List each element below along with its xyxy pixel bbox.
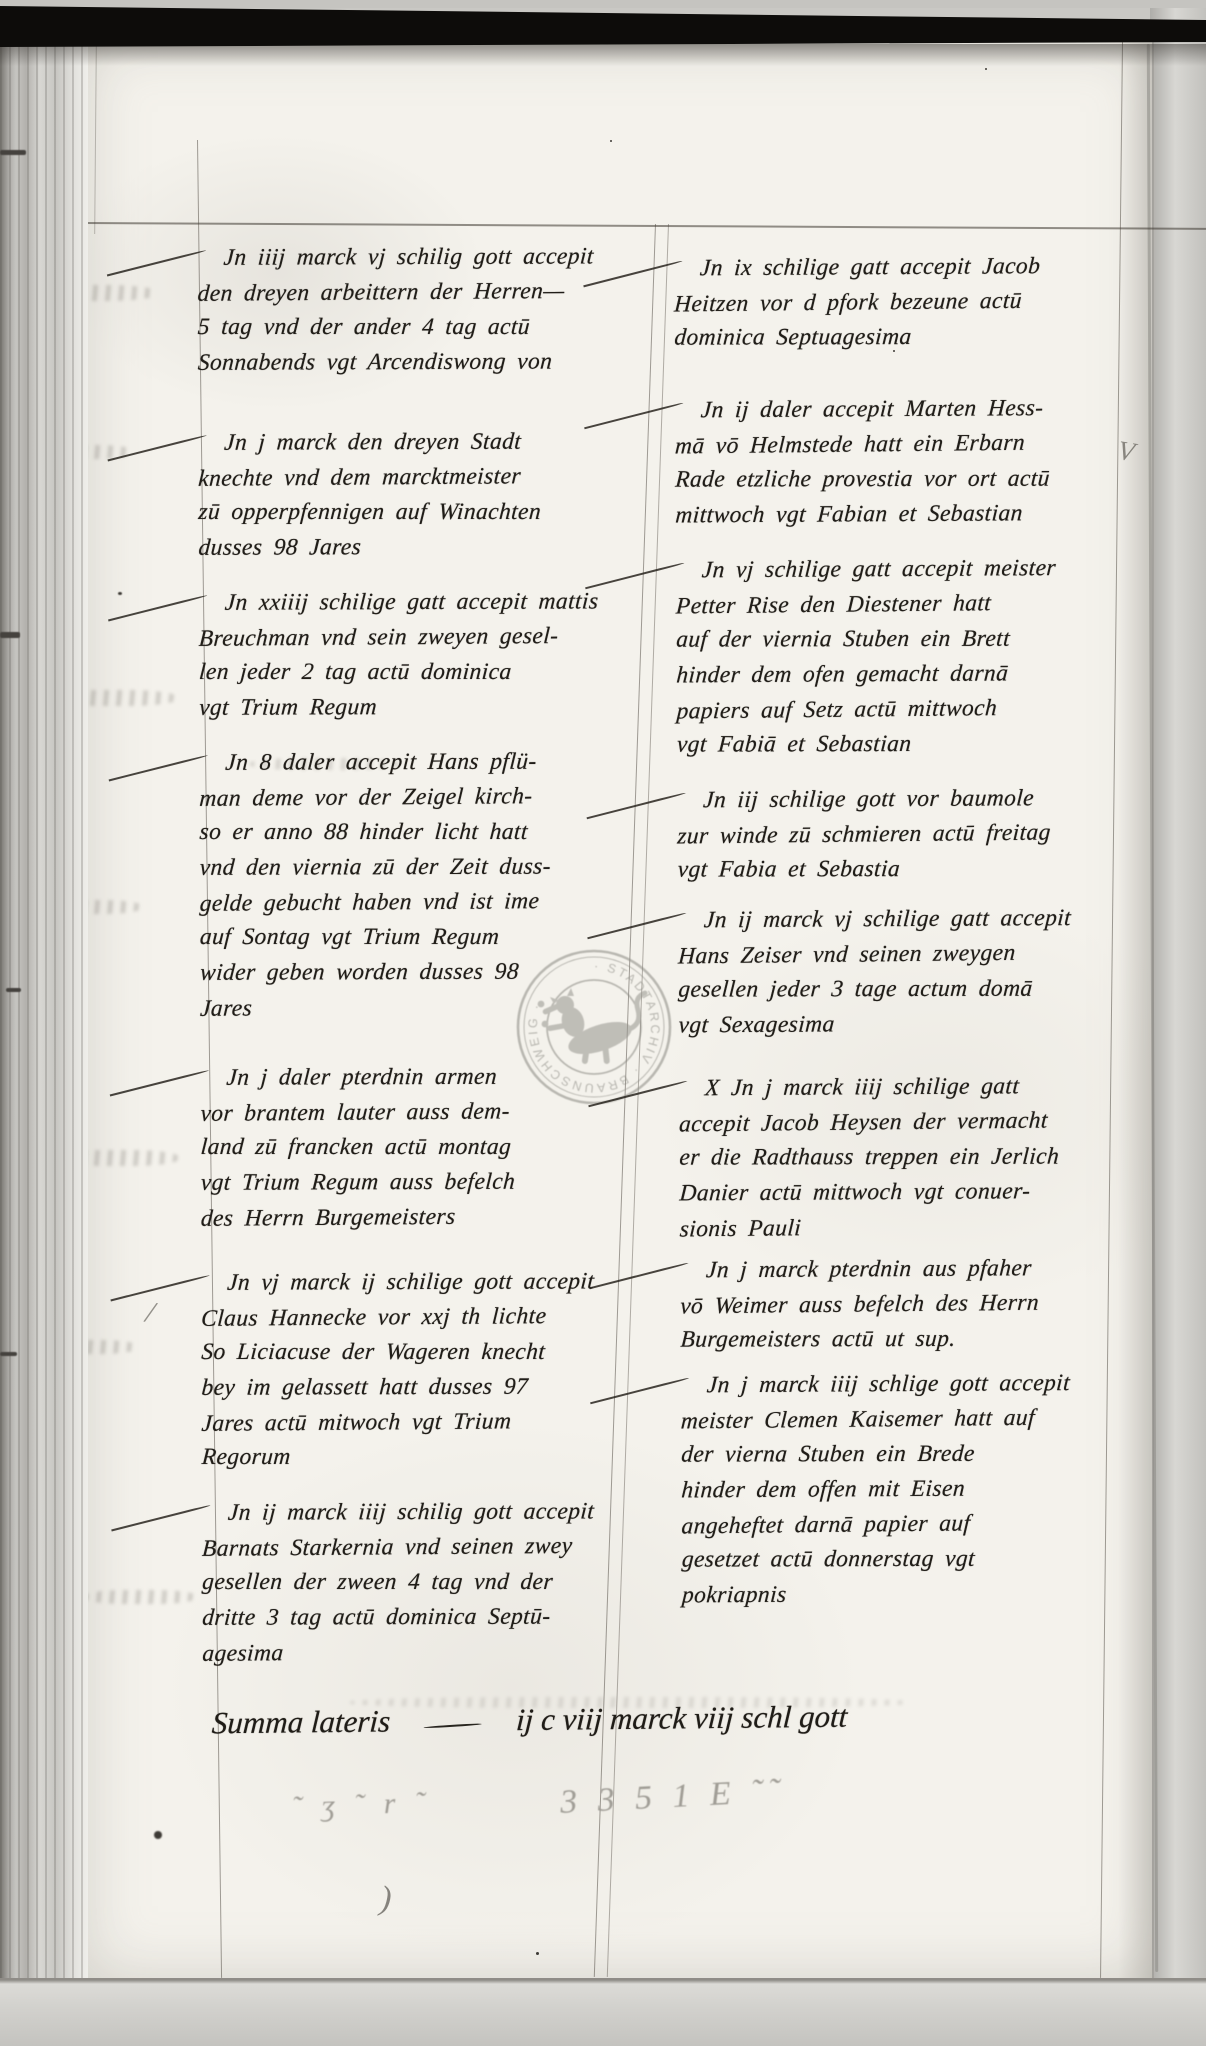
manuscript-line: Breuchman vnd sein zweyen gesel- <box>198 618 670 657</box>
summary-line: Summa lateris ij c viij marck viij schl … <box>211 1699 849 1742</box>
manuscript-line: agesima <box>201 1633 673 1672</box>
ink-speck <box>610 140 612 142</box>
manuscript-line: Jn xxiiij schilige gatt accepit mattis <box>198 584 670 621</box>
ledger-entry: Jn ix schilige gatt accepit JacobHeitzen… <box>674 249 1145 357</box>
manuscript-line: Jn ij marck vj schilige gatt accepit <box>677 901 1149 939</box>
manuscript-line: Jn j daler pterdnin armen <box>199 1059 671 1096</box>
manuscript-line: meister Clemen Kaisemer hatt auf <box>680 1400 1152 1440</box>
column-right: Jn ix schilige gatt accepit JacobHeitzen… <box>674 249 1152 1614</box>
manuscript-line: Jn j marck pterdnin aus pfaher <box>679 1251 1151 1289</box>
manuscript-line: Jn iij schilige gott vor baumole <box>676 781 1148 819</box>
manuscript-line: gelde gebucht haben vnd ist ime <box>199 883 671 922</box>
manuscript-line: papiers auf Setz actū mittwoch <box>676 690 1148 730</box>
manuscript-line: Jares actū mitwoch vgt Trium <box>200 1403 672 1442</box>
manuscript-line: man deme vor der Zeigel kirch- <box>198 778 670 817</box>
manuscript-line: Jn iiij marck vj schilig gott accepit <box>196 239 668 276</box>
manuscript-line: gesellen jeder 3 tage actum domā <box>677 971 1149 1007</box>
spine-mark <box>0 632 20 638</box>
scan-top-haze <box>0 0 1206 8</box>
ink-speck <box>118 592 122 595</box>
manuscript-line: vgt Sexagesima <box>677 1006 1149 1044</box>
page-stack-right-edge <box>1150 0 1206 2046</box>
manuscript-line: gesetzet actū donnerstag vgt <box>681 1541 1153 1577</box>
manuscript-line: hinder dem ofen gemacht darnā <box>675 656 1147 694</box>
page-stack-bottom-edge <box>0 1978 1206 2046</box>
manuscript-line: Jn ij marck iiij schilig gott accepit <box>201 1494 673 1531</box>
manuscript-line: auf Sontag vgt Trium Regum <box>199 920 671 955</box>
manuscript-line: vgt Fabiā et Sebastian <box>676 726 1148 762</box>
manuscript-line: auf der viernia Stuben ein Brett <box>675 621 1147 657</box>
manuscript-line: Regorum <box>201 1440 673 1475</box>
manuscript-line: Jn ij daler accepit Marten Hess- <box>674 391 1146 429</box>
manuscript-line: Burgemeisters actū ut sup. <box>679 1321 1151 1357</box>
manuscript-line: vgt Fabia et Sebastia <box>677 851 1149 887</box>
manuscript-line: Jn vj schilige gatt accepit meister <box>675 551 1147 589</box>
ledger-entry: Jn ij marck iiij schilig gott accepitBar… <box>202 1494 673 1671</box>
manuscript-line: angeheftet darnā papier auf <box>681 1505 1153 1545</box>
scan-top-edge-shadow <box>0 44 1206 66</box>
manuscript-line: mittwoch vgt Fabian et Sebastian <box>674 496 1146 534</box>
manuscript-line: Danier actū mittwoch vgt conuer- <box>678 1174 1150 1212</box>
ink-blot <box>154 1831 162 1839</box>
ledger-entry: Jn iiij marck vj schilig gott accepitden… <box>198 239 668 381</box>
manuscript-line: vgt Trium Regum <box>198 689 670 726</box>
manuscript-line: zur winde zū schmieren actū freitag <box>676 815 1148 855</box>
manuscript-line: Claus Hannecke vor xxj th lichte <box>200 1298 672 1337</box>
ledger-entry: Jn ij marck vj schilige gatt accepitHans… <box>678 901 1149 1044</box>
manuscript-line: knechte vnd dem marcktmeister <box>197 458 669 497</box>
manuscript-line: dominica Septuagesima <box>673 319 1145 355</box>
manuscript-line: der vierna Stuben ein Brede <box>680 1436 1152 1472</box>
manuscript-line: Petter Rise den Diestener hatt <box>675 585 1147 625</box>
manuscript-line: len jeder 2 tag actū dominica <box>198 655 670 690</box>
manuscript-line: 5 tag vnd der ander 4 tag actū <box>197 310 669 345</box>
ink-speck <box>985 68 987 70</box>
manuscript-line: pokriapnis <box>681 1576 1153 1614</box>
ledger-entry: Jn j marck den dreyen Stadtknechte vnd d… <box>198 424 668 566</box>
manuscript-line: mā vō Helmstede hatt ein Erbarn <box>674 425 1146 465</box>
manuscript-line: dritte 3 tag actū dominica Septū- <box>201 1599 673 1636</box>
manuscript-line: den dreyen arbeittern der Herren— <box>197 273 669 312</box>
manuscript-line: Barnats Starkernia vnd seinen zwey <box>201 1528 673 1567</box>
manuscript-line: wider geben worden dusses 98 <box>199 954 671 991</box>
ledger-entry: Jn j marck pterdnin aus pfahervō Weimer … <box>680 1251 1151 1359</box>
bleed-through-smudge <box>84 1590 196 1604</box>
ledger-entry: Jn xxiiij schilige gatt accepit mattisBr… <box>199 584 669 726</box>
ledger-entry: Jn j daler pterdnin armenvor brantem lau… <box>200 1059 671 1236</box>
manuscript-line: vnd den viernia zū der Zeit duss- <box>199 849 671 886</box>
manuscript-line: Heitzen vor d pfork bezeune actū <box>673 283 1145 323</box>
manuscript-line: vō Weimer auss befelch des Herrn <box>679 1285 1151 1325</box>
manuscript-line: X Jn j marck iiij schilige gatt <box>678 1069 1150 1107</box>
ledger-entry: Jn j marck iiij schlige gott accepitmeis… <box>681 1366 1152 1614</box>
summary-label: Summa lateris <box>211 1703 391 1741</box>
manuscript-line: zū opperpfennigen auf Winachten <box>197 495 669 530</box>
spine-mark <box>6 988 21 992</box>
ink-speck <box>536 1952 539 1955</box>
manuscript-line: vgt Trium Regum auss befelch <box>200 1164 672 1201</box>
manuscript-line: hinder dem offen mit Eisen <box>680 1471 1152 1509</box>
manuscript-scan: · STADTARCHIV · BRAUNSCHWEIG · Jn iiij m… <box>0 0 1206 2046</box>
manuscript-line: land zū francken actū montag <box>200 1130 672 1165</box>
ledger-entry: Jn iij schilige gott vor baumolezur wind… <box>677 781 1148 889</box>
manuscript-line: So Liciacuse der Wageren knecht <box>200 1335 672 1370</box>
manuscript-line: so er anno 88 hinder licht hatt <box>198 815 670 850</box>
manuscript-line: Jn j marck iiij schlige gott accepit <box>680 1366 1152 1404</box>
column-left: Jn iiij marck vj schilig gott accepitden… <box>198 239 673 1671</box>
manuscript-line: des Herrn Burgemeisters <box>200 1198 672 1237</box>
ledger-entry: Jn ij daler accepit Marten Hess-mā vō He… <box>675 391 1146 534</box>
manuscript-line: Rade etzliche provestia vor ort actū <box>674 461 1146 497</box>
manuscript-line: er die Radthauss treppen ein Jerlich <box>678 1139 1150 1175</box>
spine-mark <box>0 1352 17 1356</box>
ledger-entry: Jn 8 daler accepit Hans pflü-man deme vo… <box>199 744 670 1026</box>
manuscript-line: sionis Pauli <box>679 1208 1151 1248</box>
summary-dash <box>424 1723 482 1729</box>
manuscript-line: Jares <box>199 988 671 1027</box>
manuscript-line: Hans Zeiser vnd seinen zweygen <box>677 935 1149 975</box>
ledger-entry: Jn vj schilige gatt accepit meisterPette… <box>676 551 1147 764</box>
manuscript-line: vor brantem lauter auss dem- <box>199 1093 671 1132</box>
summary-amount: ij c viij marck viij schl gott <box>515 1699 848 1738</box>
manuscript-line: gesellen der zween 4 tag vnd der <box>201 1565 673 1600</box>
spine-mark <box>0 150 26 155</box>
manuscript-line: accepit Jacob Heysen der vermacht <box>678 1103 1150 1143</box>
manuscript-line: Jn j marck den dreyen Stadt <box>197 424 669 461</box>
manuscript-line: Jn ix schilige gatt accepit Jacob <box>673 249 1145 287</box>
manuscript-line: Jn vj marck ij schilige gott accepit <box>200 1264 672 1301</box>
ledger-entry: X Jn j marck iiij schilige gattaccepit J… <box>679 1069 1150 1247</box>
manuscript-line: Sonnabends vgt Arcendiswong von <box>197 344 669 381</box>
pencil-scribble: ˜ ʒ ˜ r ˜ <box>291 1786 431 1825</box>
ledger-entry: Jn vj marck ij schilige gott accepitClau… <box>201 1264 672 1476</box>
manuscript-line: dusses 98 Jares <box>197 529 669 566</box>
manuscript-line: Jn 8 daler accepit Hans pflü- <box>198 744 670 781</box>
